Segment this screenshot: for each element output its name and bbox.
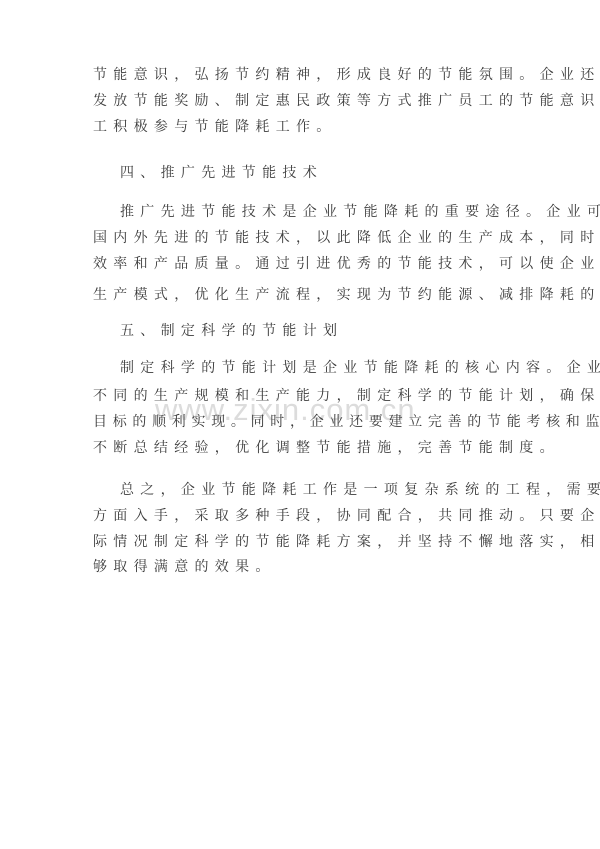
text-line: 不断总结经验，优化调整节能措施，完善节能制度。 (93, 440, 560, 456)
text-line: 不同的生产规模和生产能力，制定科学的节能计划，确保节能降耗 (93, 388, 600, 404)
text-line: 总之，企业节能降耗工作是一项复杂系统的工程，需要从多个 (120, 482, 600, 498)
text-line: 推广先进节能技术是企业节能降耗的重要途径。企业可以引进 (120, 204, 600, 220)
text-line: 国内外先进的节能技术，以此降低企业的生产成本，同时提高生产 (93, 230, 600, 246)
text-line: 制定科学的节能计划是企业节能降耗的核心内容。企业要根据 (120, 360, 600, 376)
text-line: 工积极参与节能降耗工作。 (93, 119, 337, 135)
text-line: 够取得满意的效果。 (93, 559, 276, 575)
text-line: 际情况制定科学的节能降耗方案，并坚持不懈地落实，相信一定能 (93, 534, 600, 550)
text-line: 节能意识，弘扬节约精神，形成良好的节能氛围。企业还可以通过 (93, 67, 600, 83)
text-line: 生产模式，优化生产流程，实现为节约能源、减排降耗的目标。 (93, 287, 600, 303)
section-heading: 五、制定科学的节能计划 (120, 323, 343, 339)
text-line: 方面入手，采取多种手段，协同配合，共同推动。只要企业根据实 (93, 508, 600, 524)
document-page: www.zixin.com.cn 节能意识，弘扬节约精神，形成良好的节能氛围。企… (0, 0, 600, 849)
section-heading: 四、推广先进节能技术 (120, 165, 323, 181)
text-line: 目标的顺利实现。同时，企业还要建立完善的节能考核和监测机制， (93, 414, 600, 430)
text-line: 效率和产品质量。通过引进优秀的节能技术，可以使企业摆脱传统 (93, 256, 600, 272)
text-line: 发放节能奖励、制定惠民政策等方式推广员工的节能意识，激励员 (93, 93, 600, 109)
